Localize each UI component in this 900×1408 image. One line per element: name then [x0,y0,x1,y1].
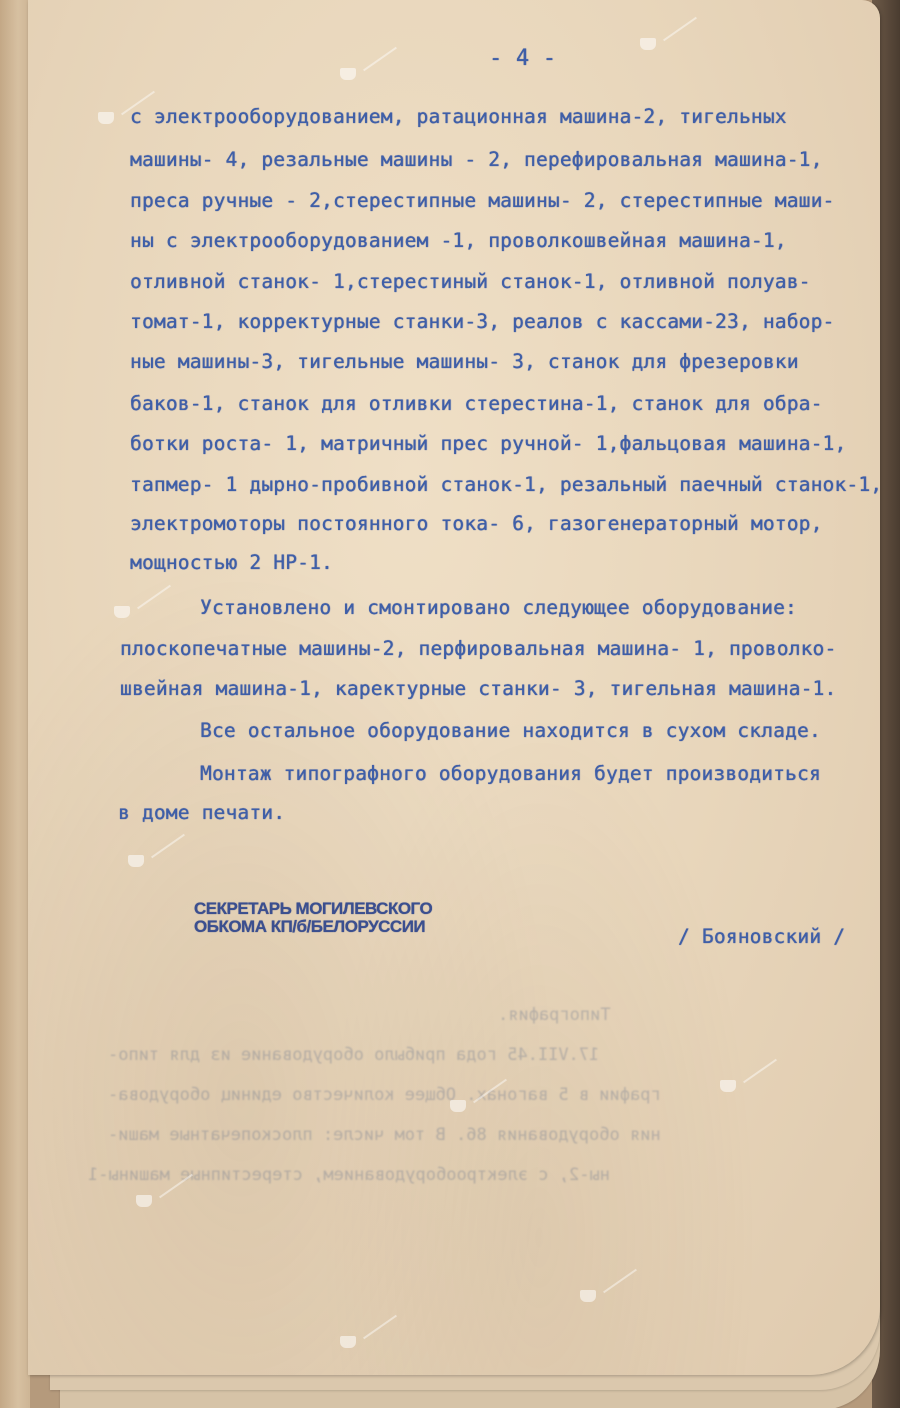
bleed-through-line: Типография. [498,1005,611,1025]
archive-watermark-icon [640,38,656,50]
text-line: томат-1, корректурные станки-3, реалов с… [130,310,834,333]
text-line: в доме печати. [118,801,285,824]
archive-watermark-icon [128,855,144,867]
bleed-through-line: 17.VII.45 года прибыло оборудование из д… [108,1045,599,1065]
text-line: тапмер- 1 дырно-пробивной станок-1, реза… [130,473,882,496]
text-line: Установлено и смонтировано следующее обо… [200,596,797,619]
text-line: баков-1, станок для отливки стерестина-1… [130,392,823,415]
signature-name: / Бояновский / [678,925,845,948]
document-page: Типография. 17.VII.45 года прибыло обору… [28,0,880,1375]
archive-watermark-icon [580,1290,596,1302]
folder-edge [0,0,30,1408]
archive-watermark-icon [98,112,114,124]
archive-watermark-icon [136,1195,152,1207]
archive-watermark-icon [114,606,130,618]
archive-watermark-icon [450,1100,466,1112]
text-line: швейная машина-1, каректурные станки- 3,… [120,677,836,700]
text-line: ботки роста- 1, матричный прес ручной- 1… [130,432,846,455]
text-line: электромоторы постоянного тока- 6, газог… [130,512,823,535]
signature-title: ОБКОМА КП/б/БЕЛОРУССИИ [194,918,425,935]
archive-watermark-icon [720,1080,736,1092]
text-line: плоскопечатные машины-2, перфировальная … [120,637,836,660]
bleed-through-line: ния оборудования 86. В том числе: плоско… [108,1125,661,1145]
text-line: ны с электрооборудованием -1, проволкошв… [130,229,787,252]
archive-watermark-icon [340,1336,356,1348]
text-line: Монтаж типографного оборудования будет п… [200,762,821,785]
archive-watermark-icon [340,68,356,80]
text-line: с электрооборудованием, ратационная маши… [130,105,787,128]
signature-title: СЕКРЕТАРЬ МОГИЛЕВСКОГО [194,900,432,917]
bleed-through-line: графии в 5 вагонах. Общее количество еди… [108,1085,661,1105]
text-line: Все остальное оборудование находится в с… [200,719,821,742]
bleed-through-line: ны-2, с электрооборудованием, стерестипн… [88,1165,610,1185]
page-number: - 4 - [489,46,556,71]
text-line: отливной станок- 1,стерестиный станок-1,… [130,270,811,293]
text-line: ные машины-3, тигельные машины- 3, стано… [130,350,799,373]
text-line: мощностью 2 НР-1. [130,551,333,574]
text-line: преса ручные - 2,стерестипные машины- 2,… [130,189,834,212]
text-line: машины- 4, резальные машины - 2, перефир… [130,148,823,171]
